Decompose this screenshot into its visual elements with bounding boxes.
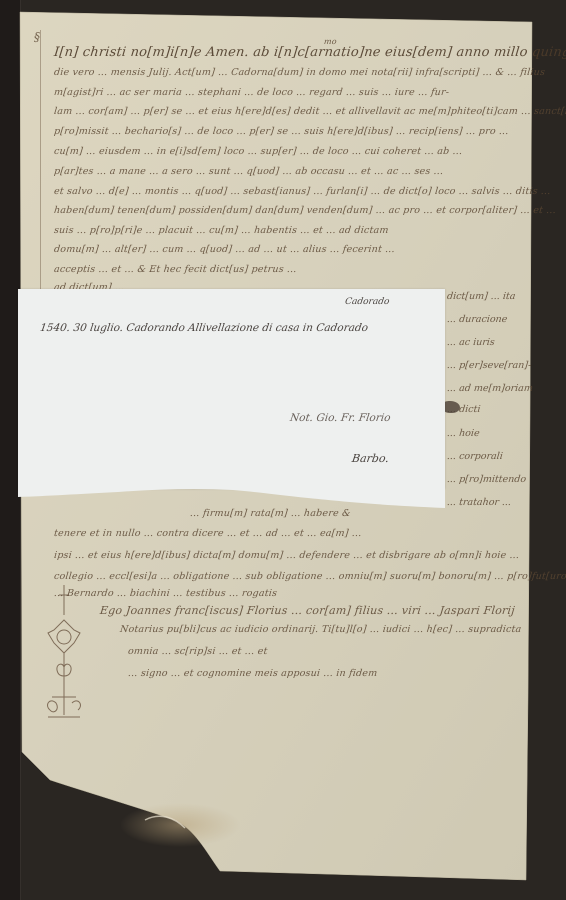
label-description: Allivellazione di casa in Cadorado: [187, 322, 369, 334]
label-place-note: Cadorado: [344, 297, 390, 307]
manuscript-line-5: p[ro]missit ... bechario[s] ... de loco …: [53, 126, 509, 137]
label-torn-edge: [18, 480, 445, 510]
right-fragment: dict[um] ... ita: [446, 291, 516, 302]
manuscript-line-11: domu[m] ... alt[er] ... cum ... q[uod] .…: [53, 244, 395, 255]
subscription-line-1: Ego Joannes franc[iscus] Florius ... cor…: [99, 604, 515, 617]
notary-signum-icon: [40, 585, 90, 735]
right-fragment: ... tratahor ...: [446, 497, 511, 508]
lower-line-3: ipsi ... et eius h[ere]d[ibus] dicta[m] …: [53, 550, 519, 561]
right-fragment: ... ad me[m]oriam: [446, 383, 533, 394]
manuscript-line-7: p[ar]tes ... a mane ... a sero ... sunt …: [53, 166, 444, 177]
manuscript-line-9: haben[dum] tenen[dum] possiden[dum] dan[…: [53, 205, 556, 216]
label-notary-name: Not. Gio. Fr. Florio: [289, 412, 391, 424]
label-signature: Barbo.: [351, 452, 390, 465]
manuscript-line-8: et salvo ... d[e] ... montis ... q[uod] …: [53, 186, 551, 197]
margin-mark: §: [34, 30, 40, 44]
subscription-line-4: ... signo ... et cognomine meis apposui …: [127, 668, 377, 679]
manuscript-line-2: die vero ... mensis Julij. Act[um] ... C…: [53, 67, 545, 78]
lower-line-4: collegio ... eccl[esi]a ... obligatione …: [53, 571, 566, 582]
manuscript-line-3: m[agist]ri ... ac ser maria ... stephani…: [53, 87, 449, 98]
right-fragment: ... duracione: [446, 314, 507, 325]
lower-line-1: ... firmu[m] rata[m] ... habere &: [189, 508, 351, 519]
manuscript-line-12: acceptis ... et ... & Et hec fecit dict[…: [53, 264, 297, 275]
label-date-line: 1540. 30 luglio. Cadorando: [39, 322, 186, 334]
manuscript-line-1: I[n] christi no[m]i[n]e Amen. ab i[n]c[a…: [53, 45, 566, 60]
lower-line-2: tenere et in nullo ... contra dicere ...…: [53, 528, 362, 539]
right-fragment: ... p[er]seve[ran]-: [446, 360, 531, 371]
right-fragment: ... corporali: [446, 451, 503, 462]
right-fragment: ... hoie: [446, 428, 480, 439]
left-margin-rule: [40, 30, 41, 300]
subscription-line-2: Notarius pu[bli]cus ac iudicio ordinarij…: [119, 624, 522, 635]
archival-label: 1540. 30 luglio. Cadorando Allivellazion…: [18, 289, 445, 489]
right-fragment: ... ac iuris: [446, 337, 495, 348]
manuscript-line-4: lam ... cor[am] ... p[er] se ... et eius…: [53, 106, 566, 117]
manuscript-line-6: cu[m] ... eiusdem ... in e[i]sd[em] loco…: [53, 146, 462, 157]
manuscript-line-10: suis ... p[ro]p[ri]e ... placuit ... cu[…: [53, 225, 389, 236]
subscription-line-3: omnia ... sc[rip]si ... et ... et: [127, 646, 268, 657]
right-fragment: ... p[ro]mittendo: [446, 474, 526, 485]
